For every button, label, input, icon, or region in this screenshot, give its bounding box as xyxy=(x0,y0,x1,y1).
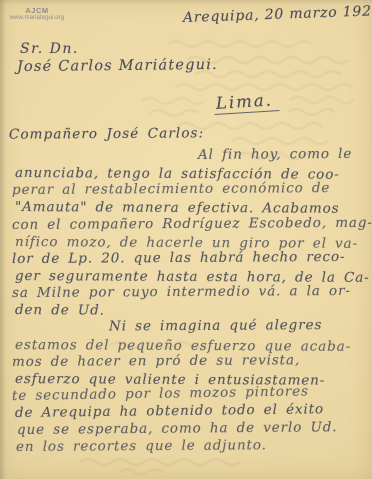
body-line: lor de Lp. 20. que las habrá hecho reco- xyxy=(12,249,368,268)
body-line: en los recortes que le adjunto. xyxy=(16,437,368,457)
recipient-title: Sr. Dn. xyxy=(20,41,218,58)
letter-body: Al fin hoy, como le anunciaba, tengo la … xyxy=(12,148,368,457)
body-line: mos de hacer en pró de su revista, xyxy=(12,352,368,371)
recipient-block: Sr. Dn. José Carlos Mariátegui. xyxy=(20,41,218,75)
body-line: perar al restablecimiento económico de xyxy=(12,180,368,199)
archive-watermark: AJCM www.mariategui.org xyxy=(8,6,66,23)
handwritten-dateline: Arequipa, 20 marzo 1929. xyxy=(183,3,372,26)
scanned-letter-page: AJCM www.mariategui.org Arequipa, 20 mar… xyxy=(0,0,372,479)
salutation-line: Compañero José Carlos: xyxy=(9,125,204,142)
watermark-initials: AJCM xyxy=(8,6,66,15)
city-line-underlined: Lima. xyxy=(213,90,279,115)
body-line: con el compañero Rodríguez Escobedo, mag… xyxy=(12,214,368,233)
scan-edge-shadow-left xyxy=(0,0,6,479)
body-line: sa Milne por cuyo intermedio vá. a la or… xyxy=(12,283,368,302)
body-line: Al fin hoy, como le xyxy=(12,146,368,165)
body-line: Ni se imagina qué alegres xyxy=(12,317,368,336)
scan-edge-shadow-top xyxy=(0,0,372,4)
watermark-url: www.mariategui.org xyxy=(8,15,66,23)
recipient-name: José Carlos Mariátegui. xyxy=(17,57,218,76)
